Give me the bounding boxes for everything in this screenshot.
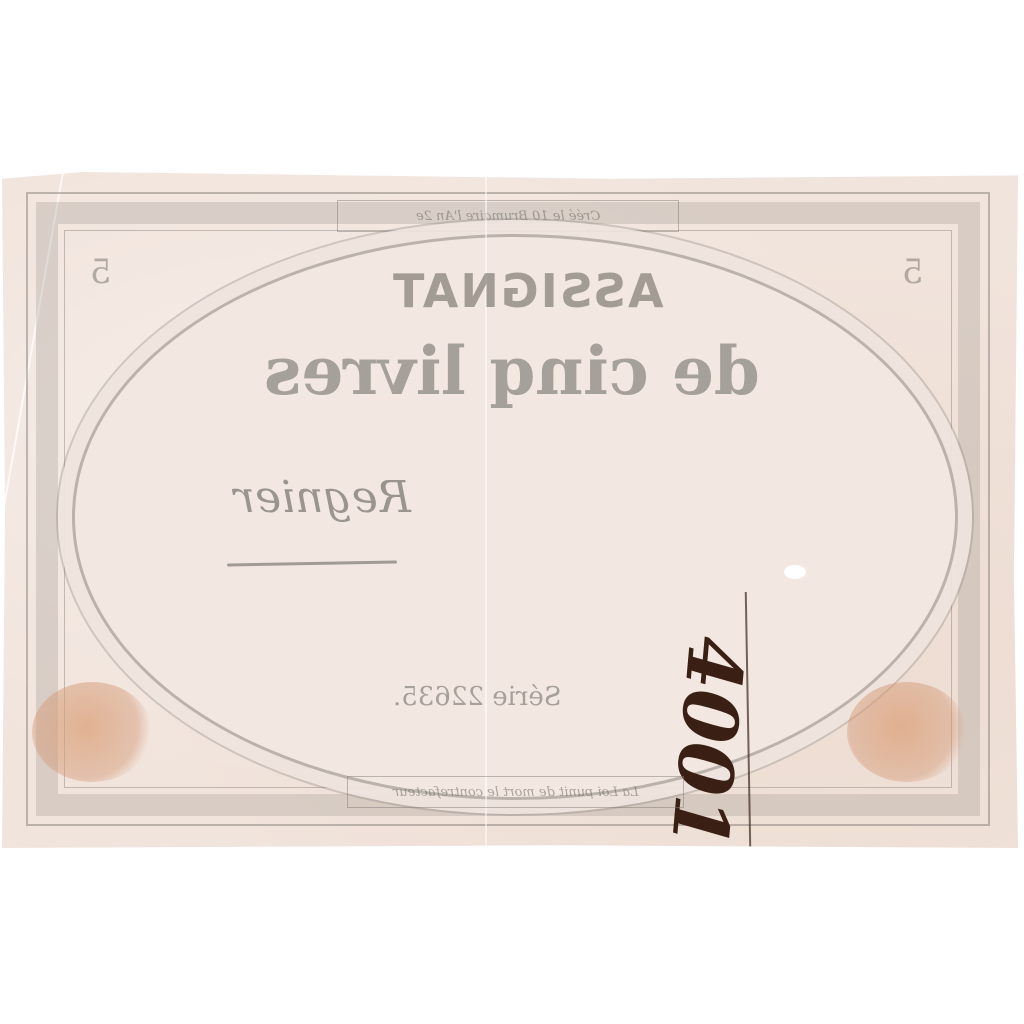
corner-numeral-left: 5 [90,252,112,292]
dry-seal-right [847,682,967,782]
handwritten-inscription: 4001 [642,618,763,866]
denomination-text: de cinq livres [202,332,822,410]
serie-number: Série 22635. [332,682,622,712]
bottom-cartouche: La Loi punit de mort le contrefacteur [347,776,684,808]
paper-hole [784,565,806,579]
dry-seal-left [32,682,152,782]
corner-numeral-right: 5 [902,252,924,292]
title-assignat: ASSIGNAT [342,264,712,318]
assignat-banknote: 5 5 Créé le 10 Brumaire l'An 2e ASSIGNAT… [2,172,1018,848]
signature: Regnier [202,472,442,523]
top-cartouche: Créé le 10 Brumaire l'An 2e [337,200,679,232]
